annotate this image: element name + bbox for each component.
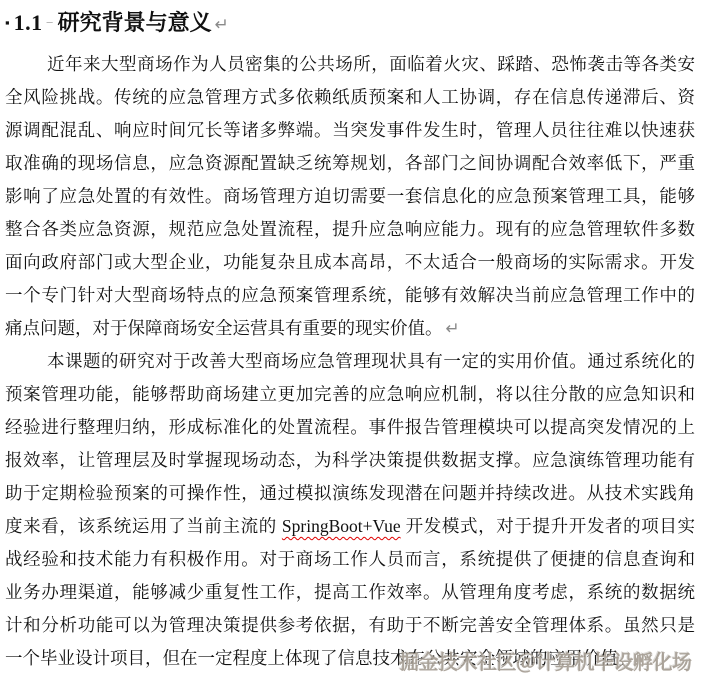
text-line[interactable]: 计和分析功能可以为管理决策提供参考依据，有助于不断完善安全管理体系。虽然只是	[5, 609, 695, 642]
text-line[interactable]: 助于定期检验预案的可操作性，通过模拟演练发现潜在问题并持续改进。从技术实践角	[5, 477, 695, 510]
text-line[interactable]: 面向政府部门或大型企业，功能复杂且成本高昂，不太适合一般商场的实际需求。开发	[5, 246, 695, 279]
text-line[interactable]: 全风险挑战。传统的应急管理方式多依赖纸质预案和人工协调，存在信息传递滞后、资	[5, 81, 695, 114]
document-page: ▪1.1–研究背景与意义↵ 近年来大型商场作为人员密集的公共场所，面临着火灾、踩…	[0, 0, 701, 689]
text-line[interactable]: 业务办理渠道，能够减少重复性工作，提高工作效率。从管理角度考虑，系统的数据统	[5, 576, 695, 609]
text-line[interactable]: 取准确的现场信息，应急资源配置缺乏统筹规划，各部门之间协调配合效率低下，严重	[5, 147, 695, 180]
text-line[interactable]: 影响了应急处置的有效性。商场管理方迫切需要一套信息化的应急预案管理工具，能够	[5, 180, 695, 213]
text-line[interactable]: 痛点问题，对于保障商场安全运营具有重要的现实价值。↵	[5, 312, 695, 345]
document-body[interactable]: 近年来大型商场作为人员密集的公共场所，面临着火灾、踩踏、恐怖袭击等各类安全风险挑…	[5, 48, 695, 675]
text-line[interactable]: 一个毕业设计项目，但在一定程度上体现了信息技术在公共安全领域的应用价值。	[5, 642, 695, 675]
spellcheck-underlined-text: SpringBoot+Vue	[282, 516, 401, 536]
text-line[interactable]: 一个专门针对大型商场特点的应急预案管理系统，能够有效解决当前应急管理工作中的	[5, 279, 695, 312]
heading-title: 研究背景与意义	[58, 10, 212, 35]
section-heading[interactable]: ▪1.1–研究背景与意义↵	[5, 8, 695, 34]
text-line[interactable]: 经验进行整理归纳，形成标准化的处置流程。事件报告管理模块可以提高突发情况的上	[5, 411, 695, 444]
text-line[interactable]: 预案管理功能，能够帮助商场建立更加完善的应急响应机制，将以往分散的应急知识和	[5, 378, 695, 411]
text-line[interactable]: 本课题的研究对于改善大型商场应急管理现状具有一定的实用价值。通过系统化的	[5, 345, 695, 378]
tab-formatting-mark: –	[47, 14, 53, 28]
text-line[interactable]: 度来看，该系统运用了当前主流的 SpringBoot+Vue 开发模式，对于提升…	[5, 510, 695, 543]
heading-bullet-icon: ▪	[5, 15, 10, 30]
paragraph-return-mark: ↵	[446, 319, 460, 339]
text-line[interactable]: 源调配混乱、响应时间冗长等诸多弊端。当突发事件发生时，管理人员往往难以快速获	[5, 114, 695, 147]
text-line[interactable]: 整合各类应急资源，规范应急处置流程，提升应急响应能力。现有的应急管理软件多数	[5, 213, 695, 246]
text-line[interactable]: 近年来大型商场作为人员密集的公共场所，面临着火灾、踩踏、恐怖袭击等各类安	[5, 48, 695, 81]
text-line[interactable]: 报效率，让管理层及时掌握现场动态，为科学决策提供数据支撑。应急演练管理功能有	[5, 444, 695, 477]
text-line[interactable]: 战经验和技术能力有积极作用。对于商场工作人员而言，系统提供了便捷的信息查询和	[5, 543, 695, 576]
heading-number: 1.1	[14, 10, 43, 35]
paragraph-return-mark: ↵	[215, 15, 229, 35]
